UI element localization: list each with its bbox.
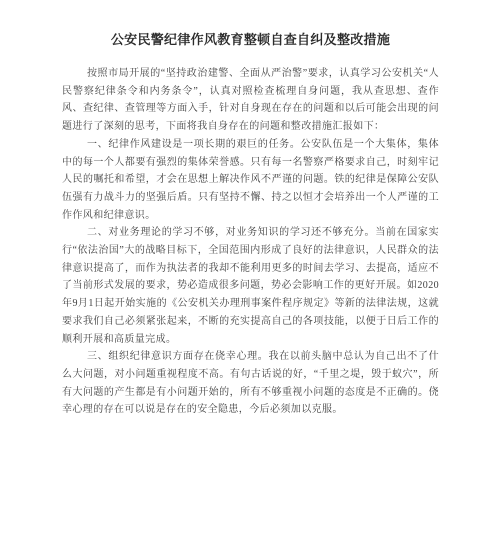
paragraph-item-1: 一、纪律作风建设是一项长期的艰巨的任务。公安队伍是一个大集体，集体中的每一个人都…: [62, 136, 439, 225]
paragraph-item-3: 三、组织纪律意识方面存在侥幸心理。我在以前头脑中总认为自己出不了什么大问题，对小…: [62, 348, 439, 419]
document-page: 公安民警纪律作风教育整顿自查自纠及整改措施 按照市局开展的“坚持政治建警、全面从…: [0, 0, 500, 548]
document-body: 按照市局开展的“坚持政治建警、全面从严治警”要求，认真学习公安机关“人民警察纪律…: [62, 65, 439, 419]
document-title: 公安民警纪律作风教育整顿自查自纠及整改措施: [62, 30, 439, 50]
document-content: 公安民警纪律作风教育整顿自查自纠及整改措施 按照市局开展的“坚持政治建警、全面从…: [62, 30, 439, 419]
paragraph-item-2: 二、对业务理论的学习不够，对业务知识的学习还不够充分。当前在国家实行“依法治国”…: [62, 224, 439, 348]
paragraph-intro: 按照市局开展的“坚持政治建警、全面从严治警”要求，认真学习公安机关“人民警察纪律…: [62, 65, 439, 136]
